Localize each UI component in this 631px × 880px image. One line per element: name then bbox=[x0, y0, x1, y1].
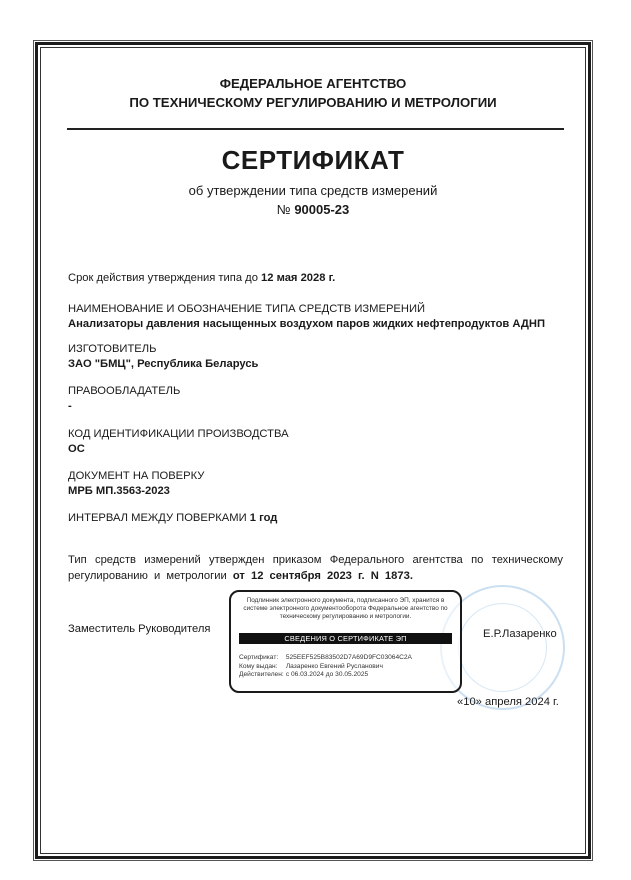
agency-line-2: ПО ТЕХНИЧЕСКОМУ РЕГУЛИРОВАНИЮ И МЕТРОЛОГ… bbox=[40, 93, 586, 112]
number-sign: № bbox=[277, 202, 291, 217]
field-production-code: КОД ИДЕНТИФИКАЦИИ ПРОИЗВОДСТВА ОС bbox=[68, 427, 289, 457]
issue-date: «10» апреля 2024 г. bbox=[457, 696, 559, 708]
field-label: НАИМЕНОВАНИЕ И ОБОЗНАЧЕНИЕ ТИПА СРЕДСТВ … bbox=[68, 302, 545, 317]
field-label: ПРАВООБЛАДАТЕЛЬ bbox=[68, 384, 180, 399]
interval-value: 1 год bbox=[250, 512, 278, 524]
field-value: Анализаторы давления насыщенных воздухом… bbox=[68, 317, 545, 332]
certificate-number-line: № 90005-23 bbox=[40, 200, 586, 219]
validity-line: Срок действия утверждения типа до 12 мая… bbox=[68, 271, 335, 286]
row-value: Лазаренко Евгений Русланович bbox=[286, 663, 383, 670]
signer-name: Е.Р.Лазаренко bbox=[483, 628, 557, 640]
validity-date: 12 мая 2028 г. bbox=[261, 272, 335, 284]
field-label: ИЗГОТОВИТЕЛЬ bbox=[68, 342, 258, 357]
certificate-title: СЕРТИФИКАТ bbox=[40, 145, 586, 176]
e-signature-row: Кому выдан: Лазаренко Евгений Русланович bbox=[239, 663, 412, 672]
row-label: Сертификат: bbox=[239, 654, 284, 663]
approval-paragraph: Тип средств измерений утвержден приказом… bbox=[68, 552, 563, 584]
field-verification-doc: ДОКУМЕНТ НА ПОВЕРКУ МРБ МП.3563-2023 bbox=[68, 469, 204, 499]
field-label: КОД ИДЕНТИФИКАЦИИ ПРОИЗВОДСТВА bbox=[68, 427, 289, 442]
row-value: 525EEF525B83502D7A69D9FC03064C2A bbox=[286, 654, 412, 661]
header-divider bbox=[67, 128, 564, 130]
field-value: - bbox=[68, 399, 180, 414]
e-signature-row: Сертификат: 525EEF525B83502D7A69D9FC0306… bbox=[239, 654, 412, 663]
approval-order: от 12 сентября 2023 г. N 1873. bbox=[233, 570, 413, 582]
field-type-name: НАИМЕНОВАНИЕ И ОБОЗНАЧЕНИЕ ТИПА СРЕДСТВ … bbox=[68, 302, 545, 332]
agency-heading: ФЕДЕРАЛЬНОЕ АГЕНТСТВО ПО ТЕХНИЧЕСКОМУ РЕ… bbox=[40, 74, 586, 112]
row-value: с 06.03.2024 до 30.05.2025 bbox=[286, 671, 368, 678]
e-signature-row: Действителен: с 06.03.2024 до 30.05.2025 bbox=[239, 671, 412, 680]
field-value: ЗАО "БМЦ", Республика Беларусь bbox=[68, 357, 258, 372]
verification-interval: ИНТЕРВАЛ МЕЖДУ ПОВЕРКАМИ 1 год bbox=[68, 511, 277, 526]
certificate-subtitle-block: об утверждении типа средств измерений № … bbox=[40, 181, 586, 219]
e-signature-note: Подлинник электронного документа, подпис… bbox=[231, 597, 460, 622]
validity-label: Срок действия утверждения типа до bbox=[68, 272, 258, 284]
e-signature-header: СВЕДЕНИЯ О СЕРТИФИКАТЕ ЭП bbox=[239, 633, 452, 644]
agency-line-1: ФЕДЕРАЛЬНОЕ АГЕНТСТВО bbox=[40, 74, 586, 93]
field-label: ДОКУМЕНТ НА ПОВЕРКУ bbox=[68, 469, 204, 484]
electronic-signature-box: Подлинник электронного документа, подпис… bbox=[229, 590, 462, 693]
field-value: ОС bbox=[68, 442, 289, 457]
field-manufacturer: ИЗГОТОВИТЕЛЬ ЗАО "БМЦ", Республика Белар… bbox=[68, 342, 258, 372]
row-label: Действителен: bbox=[239, 671, 284, 680]
certificate-number: 90005-23 bbox=[294, 202, 349, 217]
interval-label: ИНТЕРВАЛ МЕЖДУ ПОВЕРКАМИ bbox=[68, 512, 247, 524]
e-signature-details: Сертификат: 525EEF525B83502D7A69D9FC0306… bbox=[239, 654, 412, 680]
field-rights-holder: ПРАВООБЛАДАТЕЛЬ - bbox=[68, 384, 180, 414]
row-label: Кому выдан: bbox=[239, 663, 284, 672]
certificate-subtitle: об утверждении типа средств измерений bbox=[40, 181, 586, 200]
field-value: МРБ МП.3563-2023 bbox=[68, 484, 204, 499]
signatory-position: Заместитель Руководителя bbox=[68, 623, 210, 635]
